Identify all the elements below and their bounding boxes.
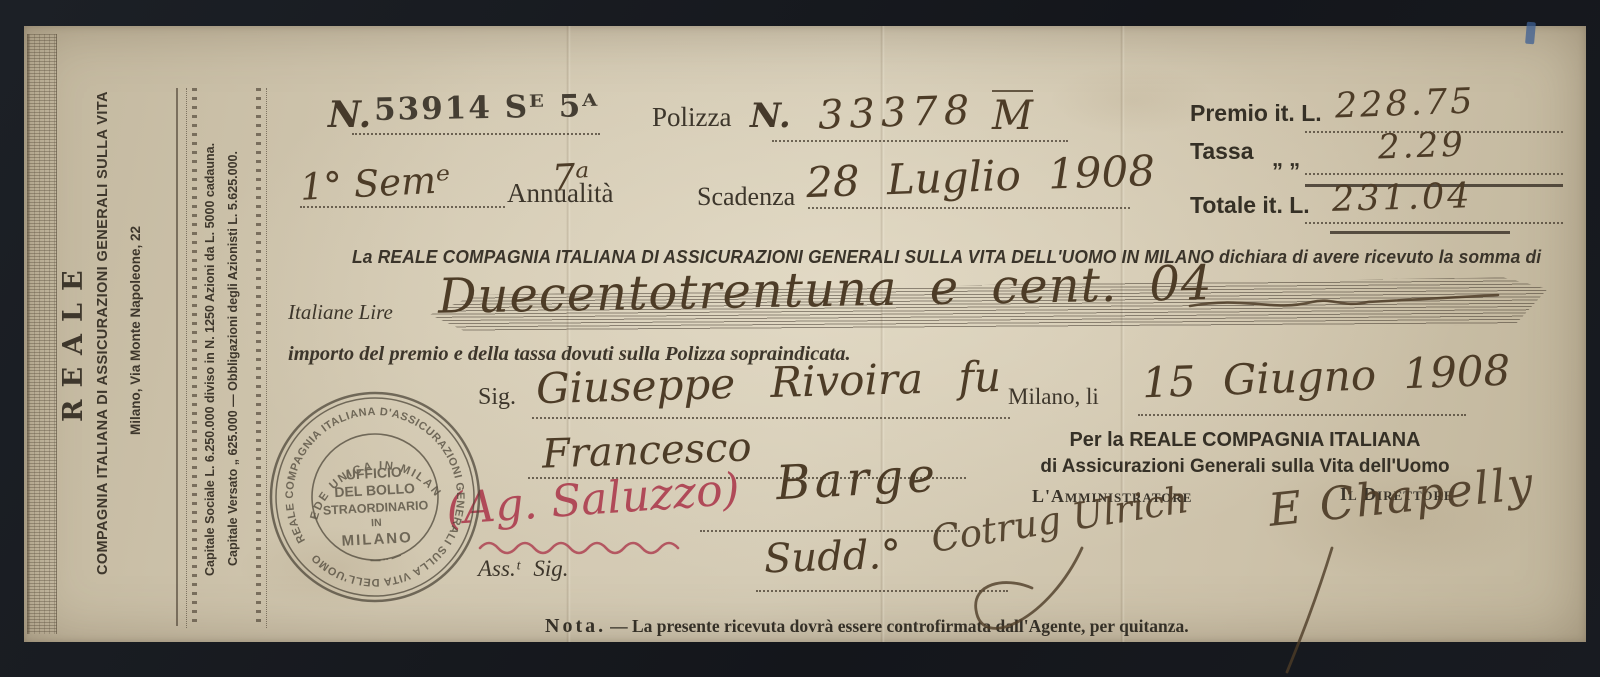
capital-line-2: Capitale Versato „ 625.000 — Obbligazion…: [226, 90, 248, 628]
svg-text:— ·· —: — ·· —: [369, 550, 404, 568]
tassa-ditto-marks: „ „: [1272, 146, 1300, 172]
premio-label: Premio it. L.: [1190, 100, 1322, 127]
receipt-n-label: N.: [328, 94, 371, 136]
semester-value: 1° Semᵉ: [299, 158, 452, 209]
total-rule: [1330, 231, 1510, 234]
currency-label: Italiane Lire: [288, 300, 393, 325]
dotted-line: [532, 417, 1010, 419]
stamp-center-line: IN: [371, 517, 382, 530]
receipt-number-value: 53914 Sᴱ 5ᴬ: [374, 88, 600, 128]
polizza-n-label: N.: [750, 96, 791, 136]
counterfoil-border-ornament: [27, 34, 57, 634]
dotted-line: [772, 140, 1068, 142]
dotted-line: [700, 530, 960, 532]
dotted-line: [300, 206, 505, 208]
bollo-stamp: REALE COMPAGNIA ITALIANA D'ASSICURAZIONI…: [266, 388, 484, 606]
tassa-label: Tassa: [1190, 138, 1254, 165]
stamp-center-line: MILANO: [341, 529, 413, 550]
dotted-line: [808, 207, 1130, 209]
polizza-suffix-value: M: [992, 90, 1033, 139]
ass-label: Ass.ᵗ Sig.: [478, 556, 568, 582]
capital-line-1: Capitale Sociale L. 6.250.000 diviso in …: [203, 90, 225, 628]
sidebar-divider-line: [176, 88, 178, 626]
brand-subtitle-vertical: COMPAGNIA ITALIANA DI ASSICURAZIONI GENE…: [95, 78, 125, 588]
place-date-label: Milano, li: [1008, 384, 1099, 410]
totale-value: 231.04: [1332, 176, 1473, 220]
stamp-center-line: STRAORDINARIO: [323, 498, 429, 518]
dotted-line: [1305, 173, 1563, 175]
agency-town-value: Barge: [775, 448, 941, 511]
stamp-center-line: DEL BOLLO: [334, 480, 415, 500]
capital-strip-border: [186, 88, 187, 628]
per-company-line1: Per la REALE COMPAGNIA ITALIANA: [1036, 428, 1453, 452]
dotted-line: [756, 590, 1008, 592]
dotted-line: [1305, 222, 1563, 224]
polizza-number-value: 33378: [817, 87, 976, 138]
nota-label: Nota.: [545, 615, 606, 637]
totale-label: Totale it. L.: [1190, 192, 1310, 219]
capital-strip-ornament: [192, 88, 197, 628]
annuity-label: Annualità: [507, 178, 613, 209]
brand-vertical: REALE: [58, 225, 96, 455]
dotted-line: [1138, 414, 1466, 416]
stamp-center-line: UFFICIO: [345, 464, 402, 483]
dotted-line: [352, 133, 600, 135]
stamp-bottom-mark: — ·· —: [369, 550, 404, 568]
ass-value: Sudd.°: [763, 532, 902, 583]
capital-strip-ornament: [256, 88, 261, 628]
address-vertical: Milano, Via Monte Napoleone, 22: [128, 178, 154, 483]
premio-value: 228.75: [1334, 82, 1476, 127]
polizza-label: Polizza: [652, 102, 731, 133]
tassa-value: 2.29: [1377, 124, 1466, 167]
scadenza-label: Scadenza: [697, 182, 795, 212]
ink-mark: [1525, 22, 1536, 45]
nota-text: — La presente ricevuta dovrà essere cont…: [610, 616, 1189, 636]
